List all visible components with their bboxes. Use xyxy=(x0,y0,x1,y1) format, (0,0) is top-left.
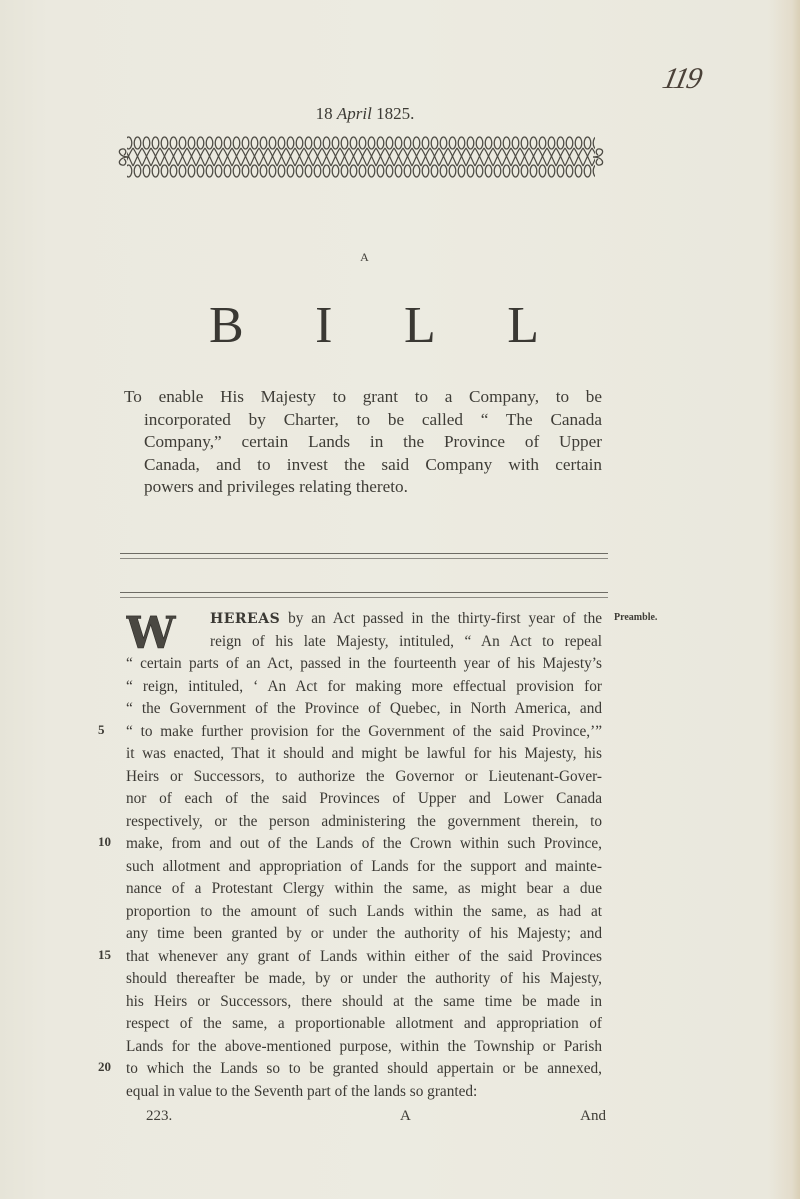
body-line: nor of each of the said Provinces of Upp… xyxy=(126,788,602,811)
body-line: “ to make further provision for the Gove… xyxy=(126,721,602,744)
body-line: reign of his late Majesty, intituled, “ … xyxy=(126,631,602,654)
body-line: make, from and out of the Lands of the C… xyxy=(126,833,602,856)
date-day: 18 xyxy=(316,104,333,123)
body-line: Heirs or Successors, to authorize the Go… xyxy=(126,766,602,789)
bill-heading: B I L L xyxy=(209,300,539,352)
title-line: Company,” certain Lands in the Province … xyxy=(124,429,602,452)
heading-letter: B xyxy=(209,300,244,352)
body-line: nance of a Protestant Clergy within the … xyxy=(126,878,602,901)
body-line: such allotment and appropriation of Land… xyxy=(126,856,602,879)
sheet-number: 223. xyxy=(146,1108,172,1125)
body-line: respect of the same, a proportionable al… xyxy=(126,1013,602,1036)
preamble-text: HEREAS by an Act passed in the thirty-fi… xyxy=(126,608,602,1103)
body-line: equal in value to the Seventh part of th… xyxy=(126,1081,602,1104)
heading-letter: I xyxy=(315,300,332,352)
handwritten-folio-number: 119 xyxy=(660,62,704,96)
title-line: incorporated by Charter, to be called “ … xyxy=(124,407,602,430)
body-line: any time been granted by or under the au… xyxy=(126,923,602,946)
body-line: it was enacted, That it should and might… xyxy=(126,743,602,766)
line-number: 10 xyxy=(98,834,111,850)
heading-letter: L xyxy=(507,300,539,352)
decorative-ornament-border xyxy=(115,134,607,180)
body-line: to which the Lands so to be granted shou… xyxy=(126,1058,602,1081)
catchword: And xyxy=(580,1108,606,1125)
line-number: 20 xyxy=(98,1059,111,1075)
double-rule-divider xyxy=(120,553,608,559)
heading-letter: L xyxy=(404,300,436,352)
date-year: 1825. xyxy=(376,104,414,123)
body-line: proportion to the amount of such Lands w… xyxy=(126,901,602,924)
line-number: 15 xyxy=(98,947,111,963)
body-line: HEREAS by an Act passed in the thirty-fi… xyxy=(126,608,602,631)
signature-mark: A xyxy=(400,1108,411,1125)
bill-date: 18 April 1825. xyxy=(0,104,730,124)
title-line: powers and privileges relating thereto. xyxy=(124,474,602,497)
date-month: April xyxy=(337,104,372,123)
margin-note-preamble: Preamble. xyxy=(614,612,657,623)
title-line: To enable His Majesty to grant to a Comp… xyxy=(124,384,602,407)
body-line: respectively, or the person administerin… xyxy=(126,811,602,834)
body-line: should thereafter be made, by or under t… xyxy=(126,968,602,991)
document-page: 119 18 April 1825. A B I L L To enable H… xyxy=(0,0,800,1199)
double-rule-divider xyxy=(120,592,608,598)
line-number: 5 xyxy=(98,722,105,738)
body-line: that whenever any grant of Lands within … xyxy=(126,946,602,969)
body-line: “ the Government of the Province of Queb… xyxy=(126,698,602,721)
title-line: Canada, and to invest the said Company w… xyxy=(124,452,602,475)
bill-long-title: To enable His Majesty to grant to a Comp… xyxy=(124,384,602,497)
opening-word: HEREAS xyxy=(210,611,280,627)
body-line: “ reign, intituled, ‘ An Act for making … xyxy=(126,676,602,699)
body-line: his Heirs or Successors, there should at… xyxy=(126,991,602,1014)
heading-article: A xyxy=(0,250,730,265)
body-line: Lands for the above-mentioned purpose, w… xyxy=(126,1036,602,1059)
body-line: “ certain parts of an Act, passed in the… xyxy=(126,653,602,676)
